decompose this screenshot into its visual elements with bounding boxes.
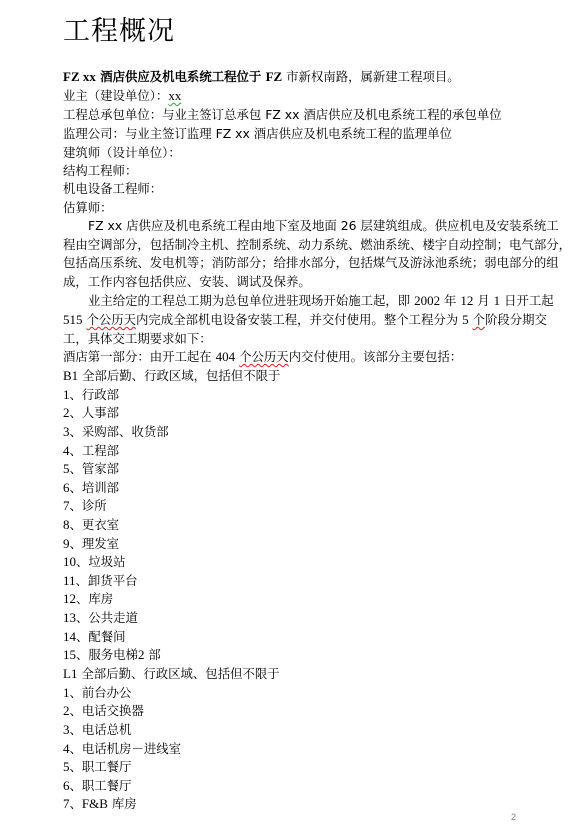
spellcheck-flag: 个公历天 — [239, 349, 289, 364]
architect-line: 建筑师（设计单位）： — [63, 144, 181, 162]
item-text: 、人事部 — [70, 405, 120, 420]
list-item: 2、电话交换器 — [63, 702, 144, 720]
list-item: 15、服务电梯2 部 — [63, 646, 161, 664]
item-text: 、电话总机 — [70, 722, 132, 737]
item-number: 12 — [63, 591, 76, 606]
para2-text: 内完成全部机电设备安装工程，并交付使用。整个工程分为 — [136, 312, 462, 327]
list-item: 12、库房 — [63, 590, 113, 608]
b1-heading: B1 全部后勤、行政区域，包括但不限于 — [63, 367, 280, 385]
part1-text: 内交付使用。该部分主要包括： — [289, 349, 462, 364]
para2-line3: 工，具体交工期要求如下： — [63, 330, 212, 348]
intro-bold-city: FZ — [266, 69, 283, 84]
item-text: 、配餐间 — [76, 629, 126, 644]
item-text: 、卸货平台 — [76, 573, 138, 588]
item-number: 15 — [63, 647, 76, 662]
item-text: 、电话机房－进线室 — [70, 741, 182, 756]
para2-text: 日开工起 — [500, 293, 554, 308]
owner-value: xx — [168, 88, 181, 103]
list-item: 9、理发室 — [63, 535, 119, 553]
l1-heading: L1 全部后勤、行政区域、包括但不限于 — [63, 665, 280, 683]
spellcheck-flag: 个公历天 — [86, 312, 136, 327]
item-number: 11 — [63, 573, 76, 588]
item-number: 14 — [63, 629, 76, 644]
phase-count: 5 — [462, 312, 469, 327]
total-days: 515 — [63, 312, 83, 327]
part1-text: 酒店第一部分：由开工起在 — [63, 349, 216, 364]
para1-line4: 成，工作内容包括供应、安装、调试及保养。 — [63, 273, 311, 291]
item-text: 部 — [144, 647, 160, 662]
l1-code: L1 — [63, 666, 77, 681]
item-text: 、 — [70, 796, 82, 811]
structural-engineer-line: 结构工程师： — [63, 162, 137, 180]
part1-line: 酒店第一部分：由开工起在 404 个公历天内交付使用。该部分主要包括： — [63, 348, 462, 366]
general-contractor-line: 工程总承包单位：与业主签订总承包 FZ xx 酒店供应及机电系统工程的承包单位 — [63, 106, 502, 124]
item-text: 、职工餐厅 — [70, 759, 132, 774]
item-text: 、电话交换器 — [70, 703, 144, 718]
list-item: 14、配餐间 — [63, 628, 126, 646]
list-item: 8、更衣室 — [63, 516, 119, 534]
item-text: 、垃圾站 — [76, 554, 126, 569]
start-month: 12 — [460, 293, 473, 308]
list-item: 3、采购部、收货部 — [63, 423, 169, 441]
item-text: 、库房 — [76, 591, 113, 606]
list-item: 6、培训部 — [63, 479, 119, 497]
intro-line: FZ xx 酒店供应及机电系统工程位于 FZ 市新权南路，属新建工程项目。 — [63, 68, 460, 86]
document-page: 工程概况 FZ xx 酒店供应及机电系统工程位于 FZ 市新权南路，属新建工程项… — [0, 0, 573, 835]
para2-line1: 业主给定的工程总工期为总包单位进驻现场开始施工起，即 2002 年 12 月 1… — [88, 292, 554, 310]
list-item: 5、管家部 — [63, 460, 119, 478]
list-item: 4、电话机房－进线室 — [63, 740, 181, 758]
item-text: 、培训部 — [70, 480, 120, 495]
item-text: 、管家部 — [70, 461, 120, 476]
item-text: 、服务电梯 — [76, 647, 138, 662]
list-item: 5、职工餐厅 — [63, 758, 131, 776]
part1-days: 404 — [216, 349, 236, 364]
b1-heading-text: 全部后勤、行政区域，包括但不限于 — [78, 368, 280, 383]
owner-label: 业主（建设单位）： — [63, 88, 168, 103]
para2-text: 月 — [473, 293, 493, 308]
list-item: 7、诊所 — [63, 497, 107, 515]
para2-text: 年 — [440, 293, 460, 308]
item-text: 、理发室 — [70, 536, 120, 551]
list-item: 10、垃圾站 — [63, 553, 126, 571]
item-text: 、更衣室 — [70, 517, 120, 532]
list-item: 6、职工餐厅 — [63, 777, 131, 795]
para1-line2: 程由空调部分，包括制冷主机、控制系统、动力系统、燃油系统、楼宇自动控制；电气部分… — [63, 236, 571, 254]
item-text: 、工程部 — [70, 443, 120, 458]
intro-bold-project: 酒店供应及机电系统工程位于 — [96, 69, 266, 84]
item-number: 10 — [63, 554, 76, 569]
item-text: 、行政部 — [70, 387, 120, 402]
list-item: 11、卸货平台 — [63, 572, 137, 590]
start-year: 2002 — [414, 293, 440, 308]
list-item: 4、工程部 — [63, 442, 119, 460]
item-text: 、采购部、收货部 — [70, 424, 169, 439]
list-item: 13、公共走道 — [63, 609, 138, 627]
list-item: 7、F&B 库房 — [63, 795, 137, 813]
list-item: 2、人事部 — [63, 404, 119, 422]
item-text: 、职工餐厅 — [70, 778, 132, 793]
list-item: 1、行政部 — [63, 386, 119, 404]
page-number: 2 — [511, 812, 516, 822]
para1-line3: 包括高压系统、发电机等；消防部分；给排水部分，包括煤气及游泳池系统；弱电部分的组 — [63, 254, 559, 272]
intro-bold-project-code: FZ xx — [63, 69, 96, 84]
item-number: 13 — [63, 610, 76, 625]
para2-text: 阶段分期交 — [485, 312, 547, 327]
item-text: 、前台办公 — [70, 685, 132, 700]
l1-heading-text: 全部后勤、行政区域、包括但不限于 — [77, 666, 279, 681]
para2-line2: 515 个公历天内完成全部机电设备安装工程，并交付使用。整个工程分为 5 个阶段… — [63, 311, 547, 329]
mep-engineer-line: 机电设备工程师： — [63, 180, 162, 198]
supervisor-line: 监理公司：与业主签订监理 FZ xx 酒店供应及机电系统工程的监理单位 — [63, 125, 452, 143]
b1-code: B1 — [63, 368, 78, 383]
fnb-label: F&B — [82, 796, 108, 811]
item-text: 、公共走道 — [76, 610, 138, 625]
spellcheck-flag: 个 — [473, 312, 485, 327]
intro-rest: 市新权南路，属新建工程项目。 — [282, 69, 459, 84]
para1-line1: FZ xx 店供应及机电系统工程由地下室及地面 26 层建筑组成。供应机电及安装… — [88, 217, 559, 235]
list-item: 3、电话总机 — [63, 721, 131, 739]
item-text: 、诊所 — [70, 498, 107, 513]
list-item: 1、前台办公 — [63, 684, 131, 702]
owner-line: 业主（建设单位）：xx — [63, 87, 181, 105]
para2-text: 业主给定的工程总工期为总包单位进驻现场开始施工起，即 — [88, 293, 414, 308]
page-title: 工程概况 — [63, 12, 175, 52]
estimator-line: 估算师： — [63, 199, 113, 217]
item-text: 库房 — [108, 796, 137, 811]
